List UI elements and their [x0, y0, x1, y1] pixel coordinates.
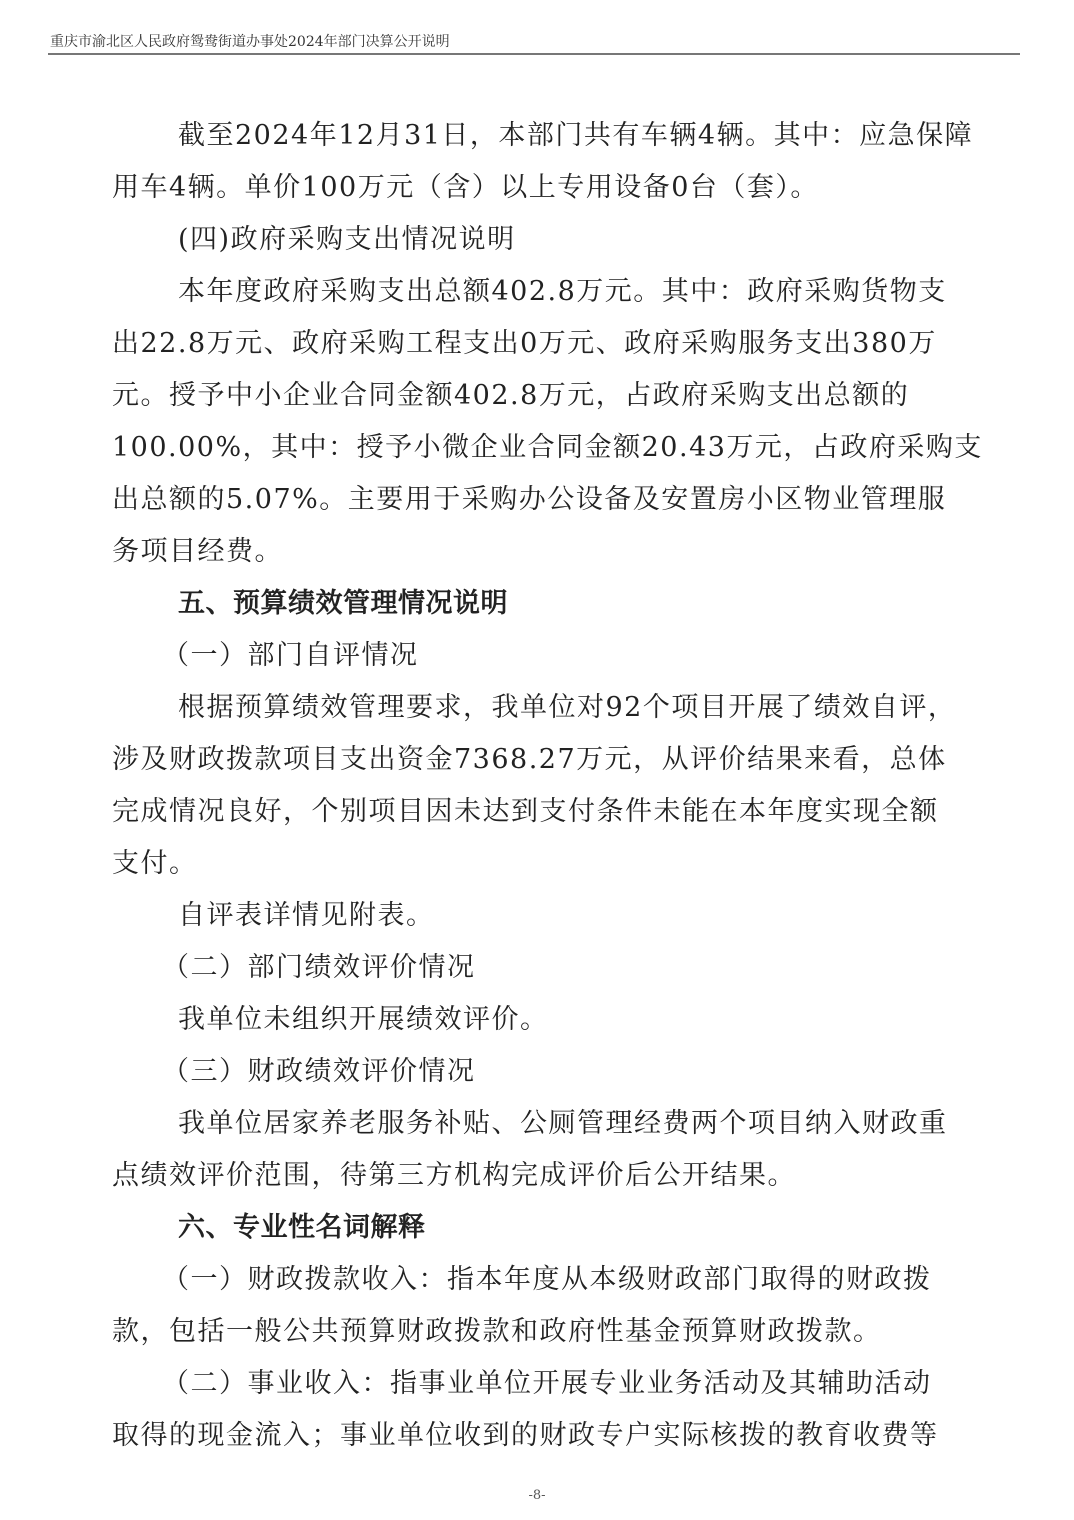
- paragraph-line: 自评表详情见附表。: [112, 890, 962, 942]
- document-body: 截至2024年12月31日，本部门共有车辆4辆。其中：应急保障 用车4辆。单价1…: [112, 110, 962, 1462]
- paragraph-line: 我单位居家养老服务补贴、公厕管理经费两个项目纳入财政重: [112, 1098, 962, 1150]
- paragraph-line: 款，包括一般公共预算财政拨款和政府性基金预算财政拨款。: [112, 1306, 962, 1358]
- subsection-heading: （一）部门自评情况: [112, 630, 962, 682]
- running-header: 重庆市渝北区人民政府鸳鸯街道办事处2024年部门决算公开说明: [50, 31, 450, 51]
- paragraph-line: 截至2024年12月31日，本部门共有车辆4辆。其中：应急保障: [112, 110, 962, 162]
- paragraph-line: （二）事业收入：指事业单位开展专业业务活动及其辅助活动: [112, 1358, 962, 1410]
- paragraph-line: 用车4辆。单价100万元（含）以上专用设备0台（套）。: [112, 162, 962, 214]
- paragraph-line: （一）财政拨款收入：指本年度从本级财政部门取得的财政拨: [112, 1254, 962, 1306]
- subsection-heading: (四)政府采购支出情况说明: [112, 214, 962, 266]
- paragraph-line: 完成情况良好，个别项目因未达到支付条件未能在本年度实现全额: [112, 786, 962, 838]
- paragraph-line: 100.00%，其中：授予小微企业合同金额20.43万元，占政府采购支: [112, 422, 962, 474]
- paragraph-line: 取得的现金流入；事业单位收到的财政专户实际核拨的教育收费等: [112, 1410, 962, 1462]
- paragraph-line: 元。授予中小企业合同金额402.8万元，占政府采购支出总额的: [112, 370, 962, 422]
- header-divider: [48, 53, 1020, 55]
- paragraph-line: 点绩效评价范围，待第三方机构完成评价后公开结果。: [112, 1150, 962, 1202]
- paragraph-line: 务项目经费。: [112, 526, 962, 578]
- paragraph-line: 出22.8万元、政府采购工程支出0万元、政府采购服务支出380万: [112, 318, 962, 370]
- subsection-heading: （二）部门绩效评价情况: [112, 942, 962, 994]
- paragraph-line: 涉及财政拨款项目支出资金7368.27万元，从评价结果来看，总体: [112, 734, 962, 786]
- paragraph-line: 我单位未组织开展绩效评价。: [112, 994, 962, 1046]
- page-number: -8-: [0, 1488, 1074, 1503]
- section-heading: 五、预算绩效管理情况说明: [112, 578, 962, 630]
- paragraph-line: 支付。: [112, 838, 962, 890]
- section-heading: 六、专业性名词解释: [112, 1202, 962, 1254]
- paragraph-line: 根据预算绩效管理要求，我单位对92个项目开展了绩效自评，: [112, 682, 962, 734]
- paragraph-line: 本年度政府采购支出总额402.8万元。其中：政府采购货物支: [112, 266, 962, 318]
- subsection-heading: （三）财政绩效评价情况: [112, 1046, 962, 1098]
- paragraph-line: 出总额的5.07%。主要用于采购办公设备及安置房小区物业管理服: [112, 474, 962, 526]
